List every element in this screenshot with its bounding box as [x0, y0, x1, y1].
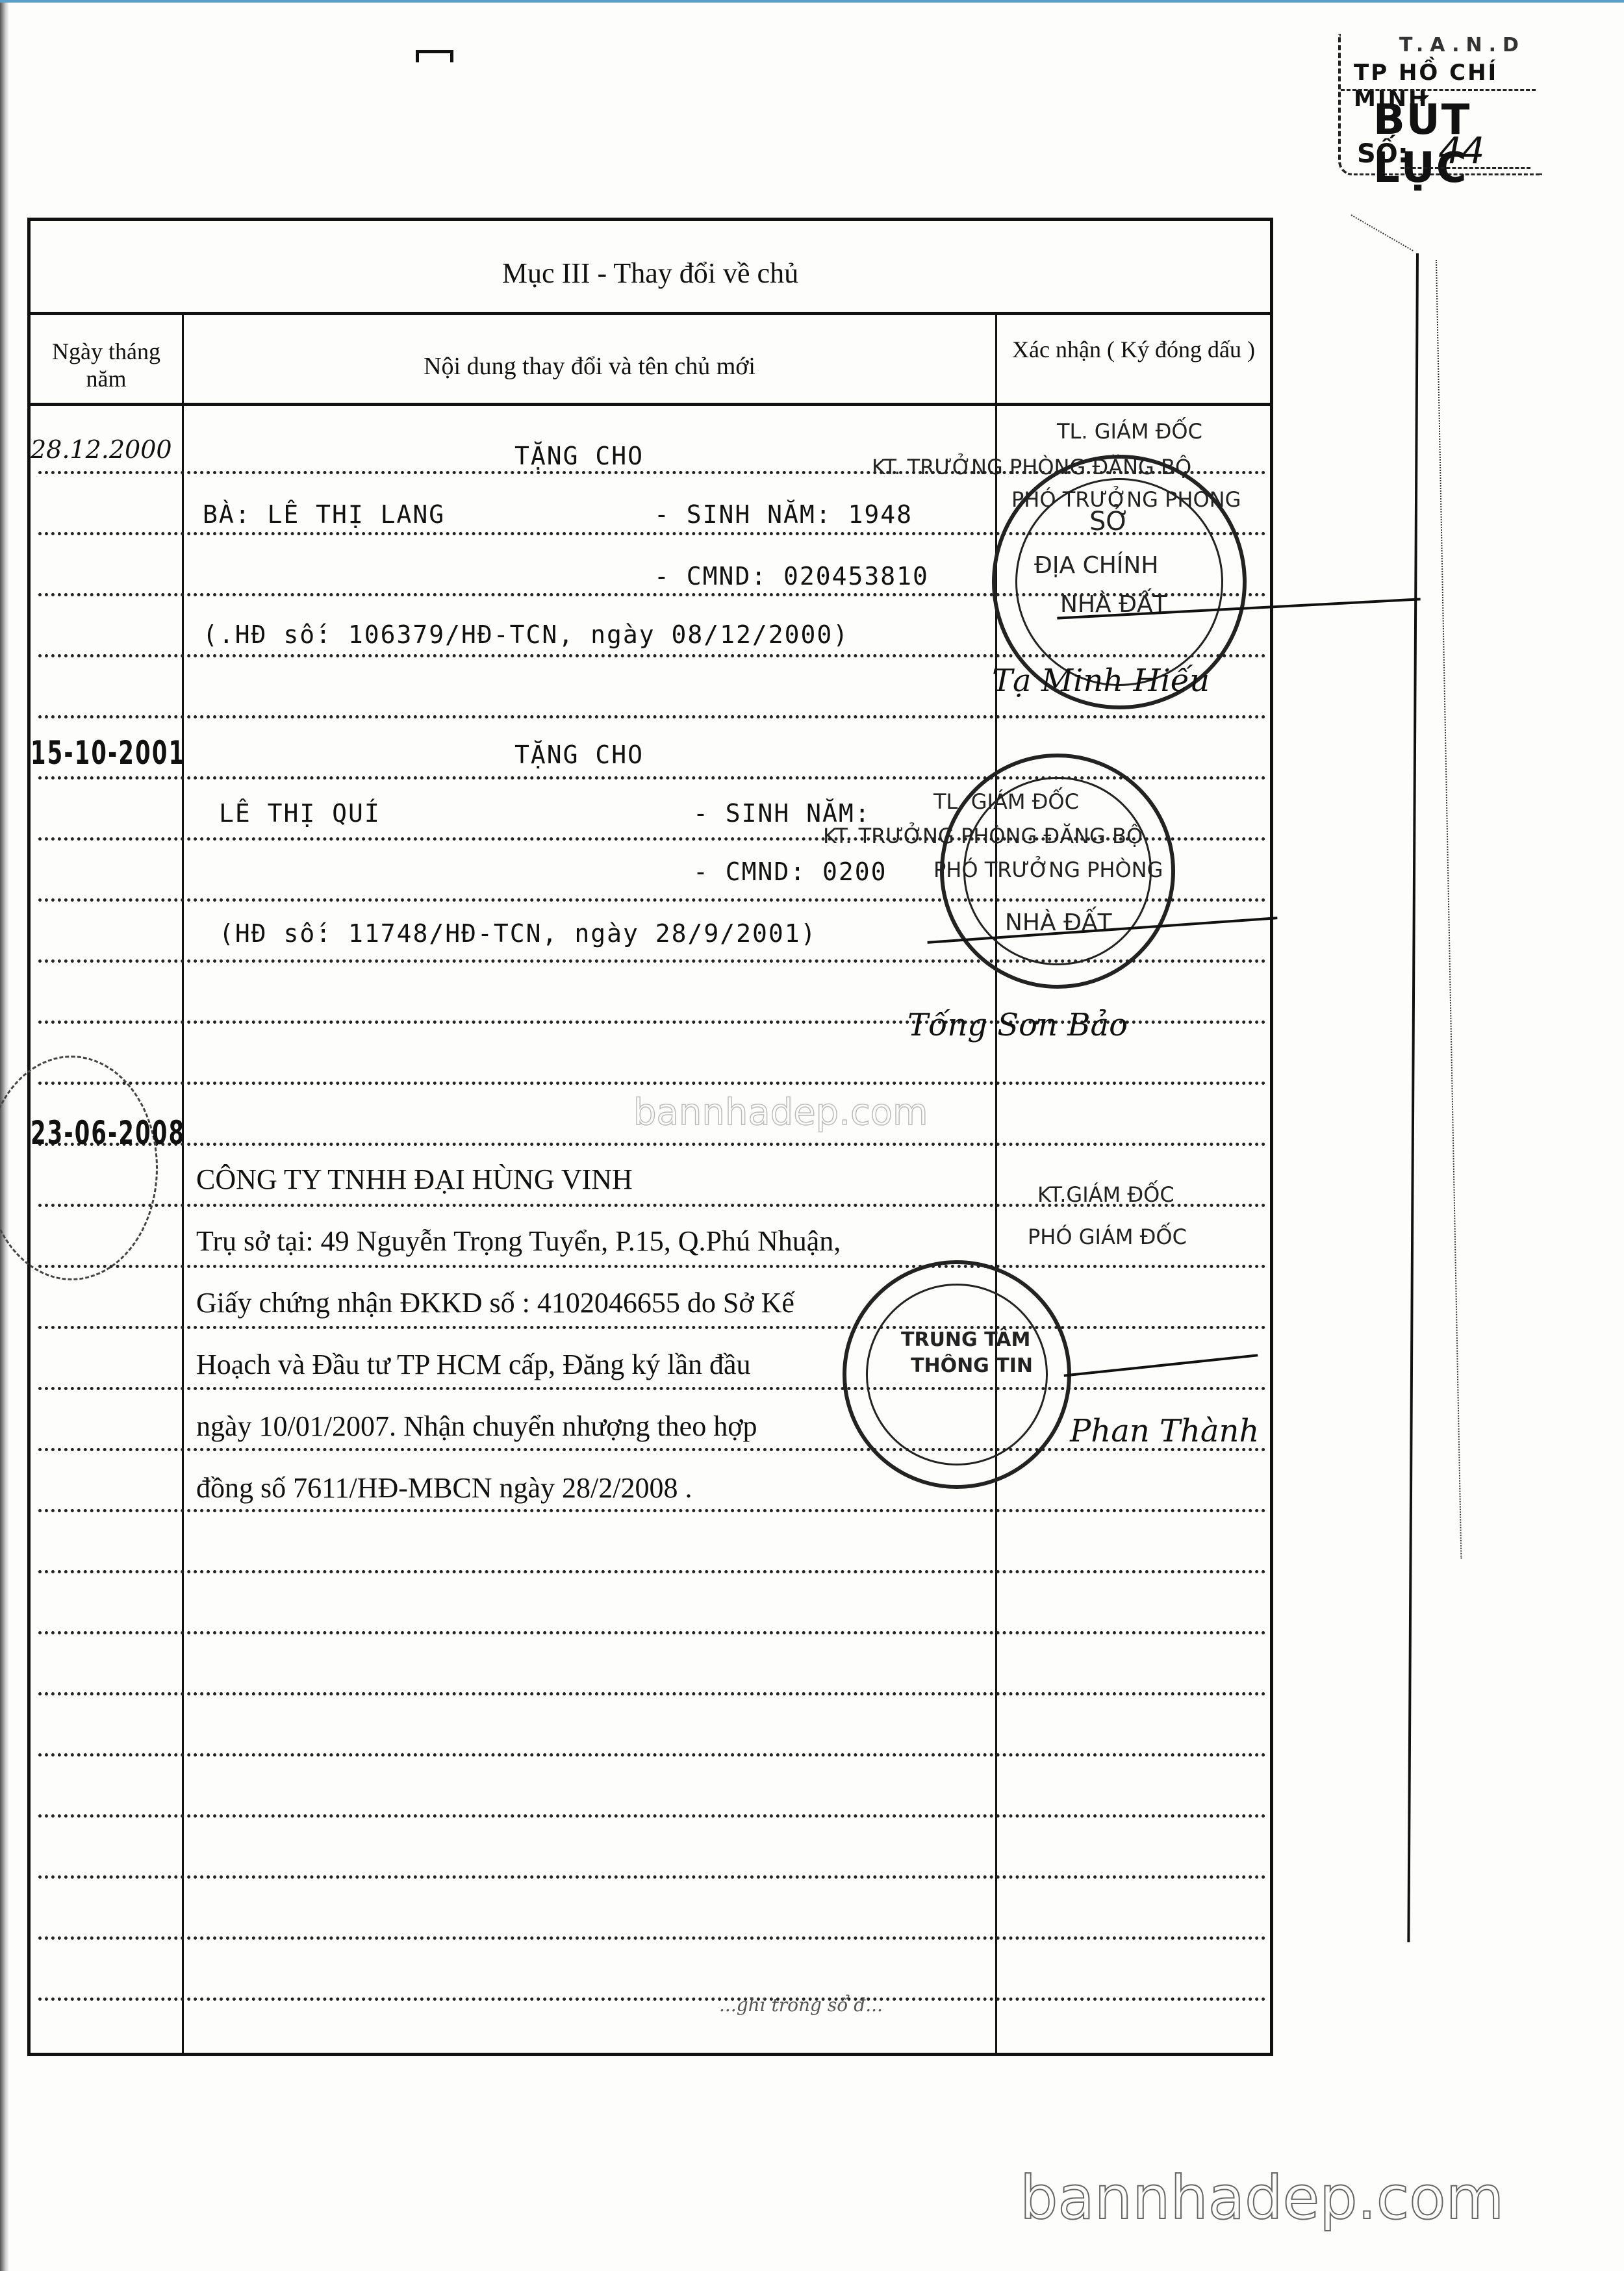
entry-line: Hoạch và Đầu tư TP HCM cấp, Đăng ký lần … — [196, 1348, 751, 1381]
but-luc-stamp: T.A.N.D TP HỒ CHÍ MINH BÚT LỤC SỐ: 44 — [1338, 34, 1542, 175]
stamp-court-line: T.A.N.D — [1399, 34, 1525, 57]
watermark-bottom: bannhadep.com — [1020, 2163, 1504, 2233]
header-confirm: Xác nhận ( Ký đóng dấu ) — [997, 336, 1270, 363]
court-seal-left — [0, 1056, 158, 1280]
back-page-edge — [1407, 253, 1419, 1942]
entry-line: ngày 10/01/2007. Nhận chuyển nhượng theo… — [196, 1410, 757, 1443]
seal-text: TRUNG TÂM — [901, 1328, 1030, 1351]
column-divider — [182, 312, 184, 2056]
section-title: Mục III - Thay đổi về chủ — [31, 257, 1270, 290]
confirm-line: TL. GIÁM ĐỐC — [1057, 419, 1202, 444]
official-seal — [940, 754, 1175, 989]
entry-line: đồng số 7611/HĐ-MBCN ngày 28/2/2008 . — [196, 1471, 692, 1504]
entry-line: LÊ THỊ QUÍ — [219, 799, 381, 828]
seal-text: THÔNG TIN — [911, 1354, 1033, 1377]
entry-line: (HĐ số: 11748/HĐ-TCN, ngày 28/9/2001) — [219, 919, 817, 948]
stamp-number: 44 — [1438, 130, 1484, 172]
header-date: Ngày tháng năm — [31, 338, 182, 392]
entry-line: Trụ sở tại: 49 Nguyễn Trọng Tuyển, P.15,… — [196, 1224, 841, 1258]
entry-line: BÀ: LÊ THỊ LANG — [203, 500, 445, 529]
ruled-line — [38, 1570, 1266, 1573]
back-page-edge-slant — [1351, 214, 1414, 251]
stamp-number-line — [1401, 167, 1530, 169]
ruled-line — [38, 1631, 1266, 1634]
entry-line: - CMND: 0200 — [693, 857, 887, 886]
entry-line: CÔNG TY TNHH ĐẠI HÙNG VINH — [196, 1163, 633, 1196]
entry-line: TẶNG CHO — [514, 442, 644, 470]
watermark-mid: bannhadep.com — [633, 1091, 928, 1134]
seal-text: ĐỊA CHÍNH — [1034, 552, 1158, 579]
signature-stroke — [1064, 1354, 1258, 1377]
signer-name: Tống Sơn Bảo — [907, 1007, 1128, 1043]
faded-note: ...ghi trong sổ đ... — [719, 1994, 883, 2016]
ruled-line — [38, 1509, 1266, 1512]
signer-name: Tạ Minh Hiếu — [992, 663, 1210, 699]
scan-edge-top — [0, 0, 1624, 3]
stamp-divider — [1341, 89, 1536, 91]
header-row: Ngày tháng năm Nội dung thay đổi và tên … — [31, 312, 1270, 406]
ruled-line — [38, 1753, 1266, 1757]
entry-line: TẶNG CHO — [514, 741, 644, 769]
ruled-line — [38, 1998, 1266, 2001]
entry-line: - CMND: 020453810 — [654, 562, 929, 590]
ruled-line — [38, 1692, 1266, 1695]
confirm-line: PHÓ GIÁM ĐỐC — [1028, 1224, 1187, 1249]
entry-date: 23-06-2008 — [31, 1114, 185, 1152]
entry-line: (.HĐ số: 106379/HĐ-TCN, ngày 08/12/2000) — [203, 620, 849, 649]
ruled-line — [38, 1143, 1266, 1146]
ruled-line — [38, 1326, 1266, 1329]
ownership-change-table: Mục III - Thay đổi về chủ Ngày tháng năm… — [27, 218, 1273, 2056]
ruled-line — [38, 1875, 1266, 1879]
ruled-line — [38, 1936, 1266, 1940]
seal-text: SỞ — [1089, 507, 1130, 537]
ruled-line — [38, 1387, 1266, 1390]
confirm-line: KT.GIÁM ĐỐC — [1037, 1182, 1174, 1207]
header-content: Nội dung thay đổi và tên chủ mới — [184, 353, 995, 380]
signer-name: Phan Thành — [1070, 1413, 1259, 1449]
stamp-number-label: SỐ: — [1357, 139, 1408, 169]
entry-date: 15-10-2001 — [31, 734, 185, 772]
entry-line: Giấy chứng nhận ĐKKD số : 4102046655 do … — [196, 1286, 794, 1319]
back-page-edge-dotted — [1436, 260, 1463, 1559]
top-bracket-mark — [416, 50, 453, 62]
ruled-line — [38, 715, 1266, 718]
entry-date: 28.12.2000 — [31, 435, 172, 464]
ruled-line — [38, 1265, 1266, 1268]
ruled-line — [38, 1082, 1266, 1085]
section-title-row: Mục III - Thay đổi về chủ — [31, 221, 1270, 315]
entry-line: - SINH NĂM: 1948 — [654, 500, 913, 529]
ruled-line — [38, 1814, 1266, 1818]
